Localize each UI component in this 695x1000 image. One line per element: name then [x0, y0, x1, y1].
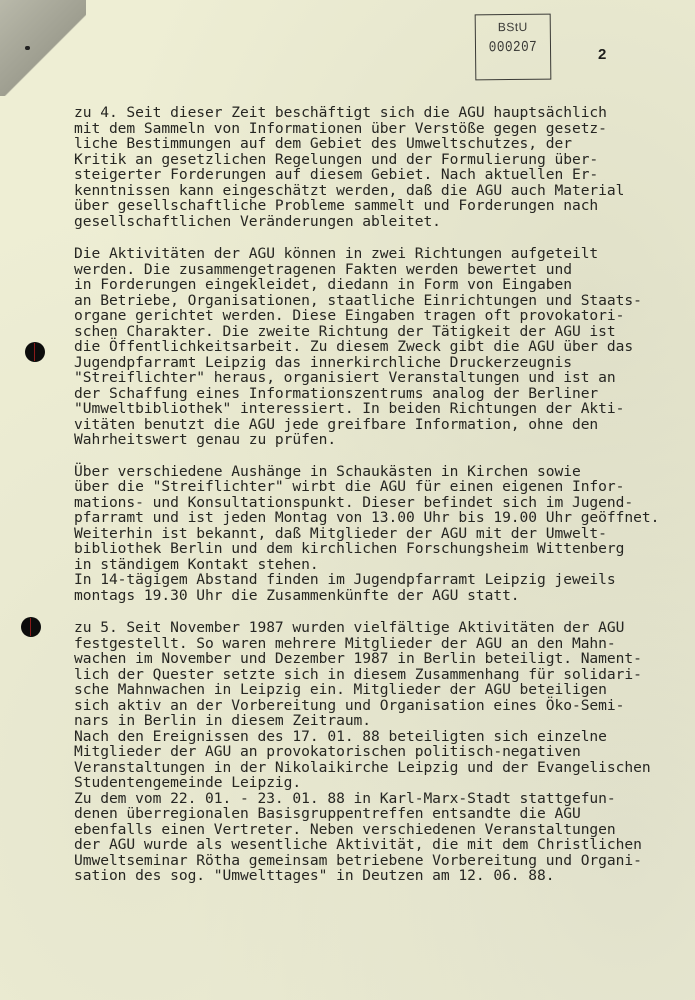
paragraph-item-5: zu 5. Seit November 1987 wurden vielfält… [74, 620, 694, 884]
text-line: In 14-tägigem Abstand finden im Jugendpf… [74, 572, 694, 588]
text-line: in Forderungen eingekleidet, diedann in … [74, 277, 694, 293]
text-line: werden. Die zusammengetragenen Fakten we… [74, 262, 694, 278]
text-line: der AGU wurde als wesentliche Aktivität,… [74, 837, 694, 853]
document-body: zu 4. Seit dieser Zeit beschäftigt sich … [74, 105, 694, 884]
text-line: Jugendpfarramt Leipzig das innerkirchlic… [74, 355, 694, 371]
text-line: über gesellschaftliche Probleme sammelt … [74, 198, 694, 214]
text-line: in ständigem Kontakt stehen. [74, 557, 694, 573]
text-line: Die Aktivitäten der AGU können in zwei R… [74, 246, 694, 262]
text-line: Nach den Ereignissen des 17. 01. 88 bete… [74, 729, 694, 745]
stamp-org: BStU [476, 20, 550, 35]
text-line: zu 4. Seit dieser Zeit beschäftigt sich … [74, 105, 694, 121]
paragraph-activities: Die Aktivitäten der AGU können in zwei R… [74, 246, 694, 448]
text-line: montags 19.30 Uhr die Zusammenkünfte der… [74, 588, 694, 604]
text-line: der Schaffung eines Informationszentrums… [74, 386, 694, 402]
text-line: festgestellt. So waren mehrere Mitgliede… [74, 636, 694, 652]
text-line: steigerter Forderungen auf diesem Gebiet… [74, 167, 694, 183]
stamp-number: 000207 [481, 39, 544, 57]
text-line: die Öffentlichkeitsarbeit. Zu diesem Zwe… [74, 339, 694, 355]
text-line: über die "Streiflichter" wirbt die AGU f… [74, 479, 694, 495]
punch-hole [25, 342, 45, 362]
paper-speck [25, 46, 30, 50]
text-line: mations- und Konsultationspunkt. Dieser … [74, 495, 694, 511]
text-line: Mitglieder der AGU an provokatorischen p… [74, 744, 694, 760]
paragraph-consultation-point: Über verschiedene Aushänge in Schaukäste… [74, 464, 694, 604]
text-line: Studentengemeinde Leipzig. [74, 775, 694, 791]
text-line: Über verschiedene Aushänge in Schaukäste… [74, 464, 694, 480]
text-line: lich der Quester setzte sich in diesem Z… [74, 667, 694, 683]
text-line: sich aktiv an der Vorbereitung und Organ… [74, 698, 694, 714]
text-line: bibliothek Berlin und dem kirchlichen Fo… [74, 541, 694, 557]
text-line: vitäten benutzt die AGU jede greifbare I… [74, 417, 694, 433]
text-line: liche Bestimmungen auf dem Gebiet des Um… [74, 136, 694, 152]
punch-hole [21, 617, 41, 637]
text-line: wachen im November und Dezember 1987 in … [74, 651, 694, 667]
text-line: zu 5. Seit November 1987 wurden vielfält… [74, 620, 694, 636]
text-line: Weiterhin ist bekannt, daß Mitglieder de… [74, 526, 694, 542]
archive-stamp: BStU 000207 [475, 14, 552, 81]
text-line: gesellschaftlichen Veränderungen ableite… [74, 214, 694, 230]
text-line: sche Mahnwachen in Leipzig ein. Mitglied… [74, 682, 694, 698]
text-line: organe gerichtet werden. Diese Eingaben … [74, 308, 694, 324]
text-line: mit dem Sammeln von Informationen über V… [74, 121, 694, 137]
text-line: Wahrheitswert genau zu prüfen. [74, 432, 694, 448]
text-line: Veranstaltungen in der Nikolaikirche Lei… [74, 760, 694, 776]
text-line: schen Charakter. Die zweite Richtung der… [74, 324, 694, 340]
page-number: 2 [598, 46, 606, 63]
text-line: denen überregionalen Basisgruppentreffen… [74, 806, 694, 822]
text-line: "Umweltbibliothek" interessiert. In beid… [74, 401, 694, 417]
text-line: nars in Berlin in diesem Zeitraum. [74, 713, 694, 729]
text-line: Zu dem vom 22. 01. - 23. 01. 88 in Karl-… [74, 791, 694, 807]
folded-page-corner [0, 0, 86, 96]
text-line: "Streiflichter" heraus, organisiert Vera… [74, 370, 694, 386]
text-line: an Betriebe, Organisationen, staatliche … [74, 293, 694, 309]
text-line: Kritik an gesetzlichen Regelungen und de… [74, 152, 694, 168]
text-line: kenntnissen kann eingeschätzt werden, da… [74, 183, 694, 199]
text-line: Umweltseminar Rötha gemeinsam betriebene… [74, 853, 694, 869]
text-line: sation des sog. "Umwelttages" in Deutzen… [74, 868, 694, 884]
text-line: ebenfalls einen Vertreter. Neben verschi… [74, 822, 694, 838]
text-line: pfarramt und ist jeden Montag von 13.00 … [74, 510, 694, 526]
paragraph-item-4: zu 4. Seit dieser Zeit beschäftigt sich … [74, 105, 694, 229]
